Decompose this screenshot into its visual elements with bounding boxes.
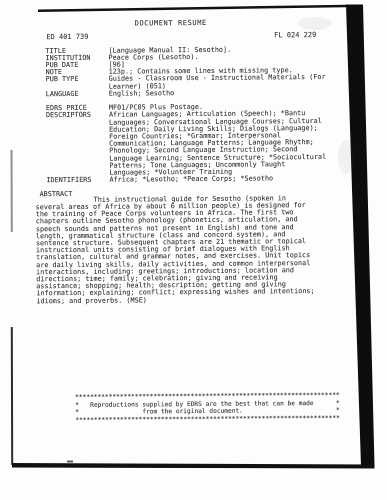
document-resume-header: DOCUMENT RESUME: [0, 17, 343, 28]
field-row-language: LANGUAGE English; Sesotho: [46, 89, 338, 98]
field-value: African Languages; Articulation (Speech)…: [109, 110, 339, 177]
scan-smudge: [298, 17, 332, 30]
catalog-fields: TITLE [Language Manual II: Sesotho]. INS…: [45, 45, 338, 184]
document-text-layer: DOCUMENT RESUME ED 401 739 FL 024 229 TI…: [0, 0, 387, 500]
scan-smudge: [338, 140, 354, 174]
ed-number: ED 401 739: [46, 32, 88, 40]
field-value: English; Sesotho: [109, 89, 338, 98]
abstract-text: This instructional guide for Sesotho (sp…: [36, 195, 339, 305]
field-label: LANGUAGE: [46, 90, 109, 98]
field-label: IDENTIFIERS: [46, 177, 109, 185]
accession-number-row: ED 401 739 FL 024 229: [46, 31, 316, 41]
fl-number: FL 024 229: [274, 31, 316, 39]
scanned-document-page: DOCUMENT RESUME ED 401 739 FL 024 229 TI…: [0, 0, 387, 500]
field-row-identifiers: IDENTIFIERS Africa; *Lesotho; *Peace Cor…: [46, 175, 338, 184]
edrs-reproduction-notice: ****************************************…: [75, 392, 340, 425]
field-label: PUB TYPE: [46, 76, 109, 91]
field-label: DESCRIPTORS: [46, 112, 110, 177]
notice-border-bottom: ****************************************…: [75, 415, 340, 424]
field-row-descriptors: DESCRIPTORS African Languages; Articulat…: [46, 110, 339, 177]
field-value: Africa; *Lesotho; *Peace Corps; *Sesotho: [109, 175, 338, 184]
